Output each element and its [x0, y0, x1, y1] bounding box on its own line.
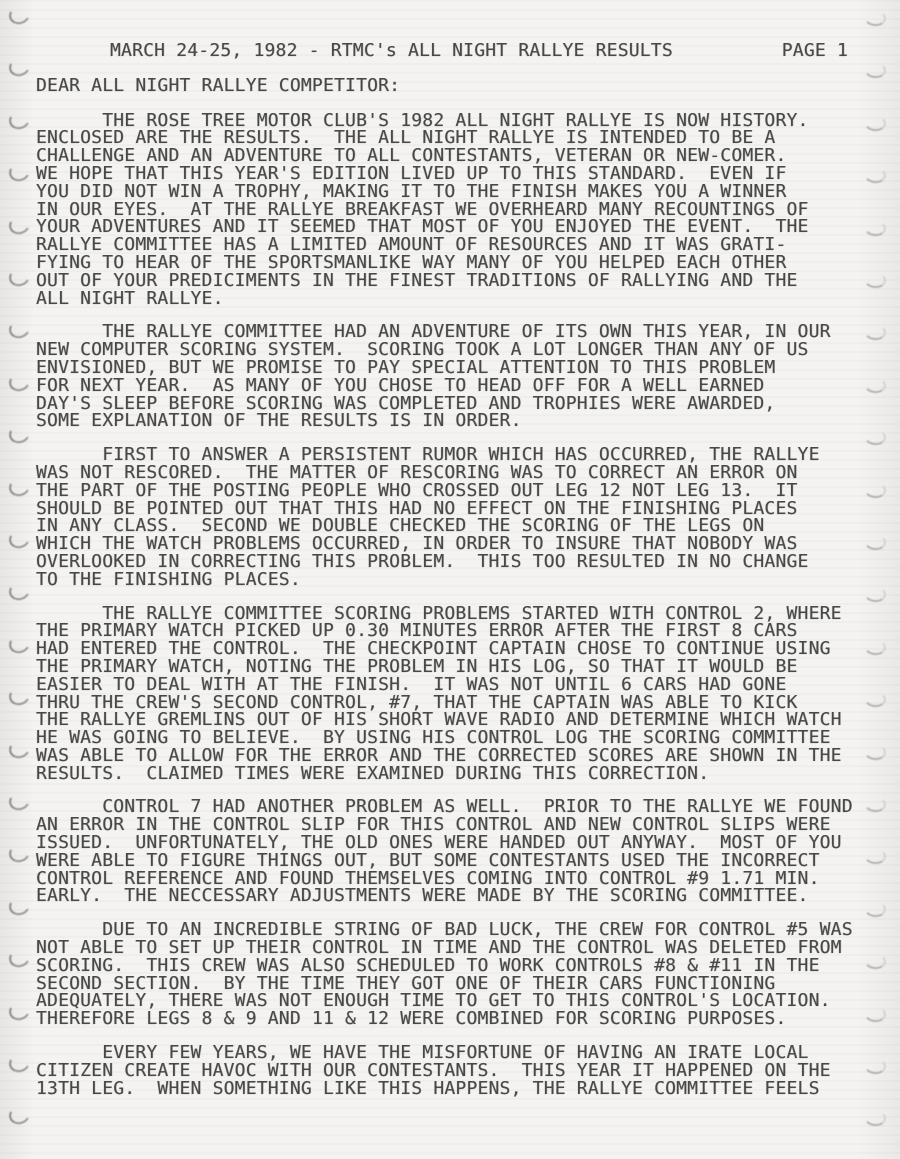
salutation: DEAR ALL NIGHT RALLYE COMPETITOR: — [36, 77, 848, 95]
paragraph: CONTROL 7 HAD ANOTHER PROBLEM AS WELL. P… — [36, 798, 848, 905]
page-header: MARCH 24-25, 1982 - RTMC's ALL NIGHT RAL… — [36, 42, 848, 60]
paragraph: DUE TO AN INCREDIBLE STRING OF BAD LUCK,… — [36, 921, 848, 1028]
document-title: MARCH 24-25, 1982 - RTMC's ALL NIGHT RAL… — [110, 42, 673, 60]
paragraph: THE RALLYE COMMITTEE HAD AN ADVENTURE OF… — [36, 323, 848, 430]
paragraph: FIRST TO ANSWER A PERSISTENT RUMOR WHICH… — [36, 446, 848, 588]
letter-page: MARCH 24-25, 1982 - RTMC's ALL NIGHT RAL… — [0, 0, 900, 1159]
scanned-page: MARCH 24-25, 1982 - RTMC's ALL NIGHT RAL… — [0, 0, 900, 1159]
paragraph: THE ROSE TREE MOTOR CLUB'S 1982 ALL NIGH… — [36, 112, 848, 308]
paragraph: THE RALLYE COMMITTEE SCORING PROBLEMS ST… — [36, 605, 848, 783]
letter-body: THE ROSE TREE MOTOR CLUB'S 1982 ALL NIGH… — [36, 112, 848, 1098]
paragraph: EVERY FEW YEARS, WE HAVE THE MISFORTUNE … — [36, 1044, 848, 1097]
page-number: PAGE 1 — [782, 42, 848, 60]
